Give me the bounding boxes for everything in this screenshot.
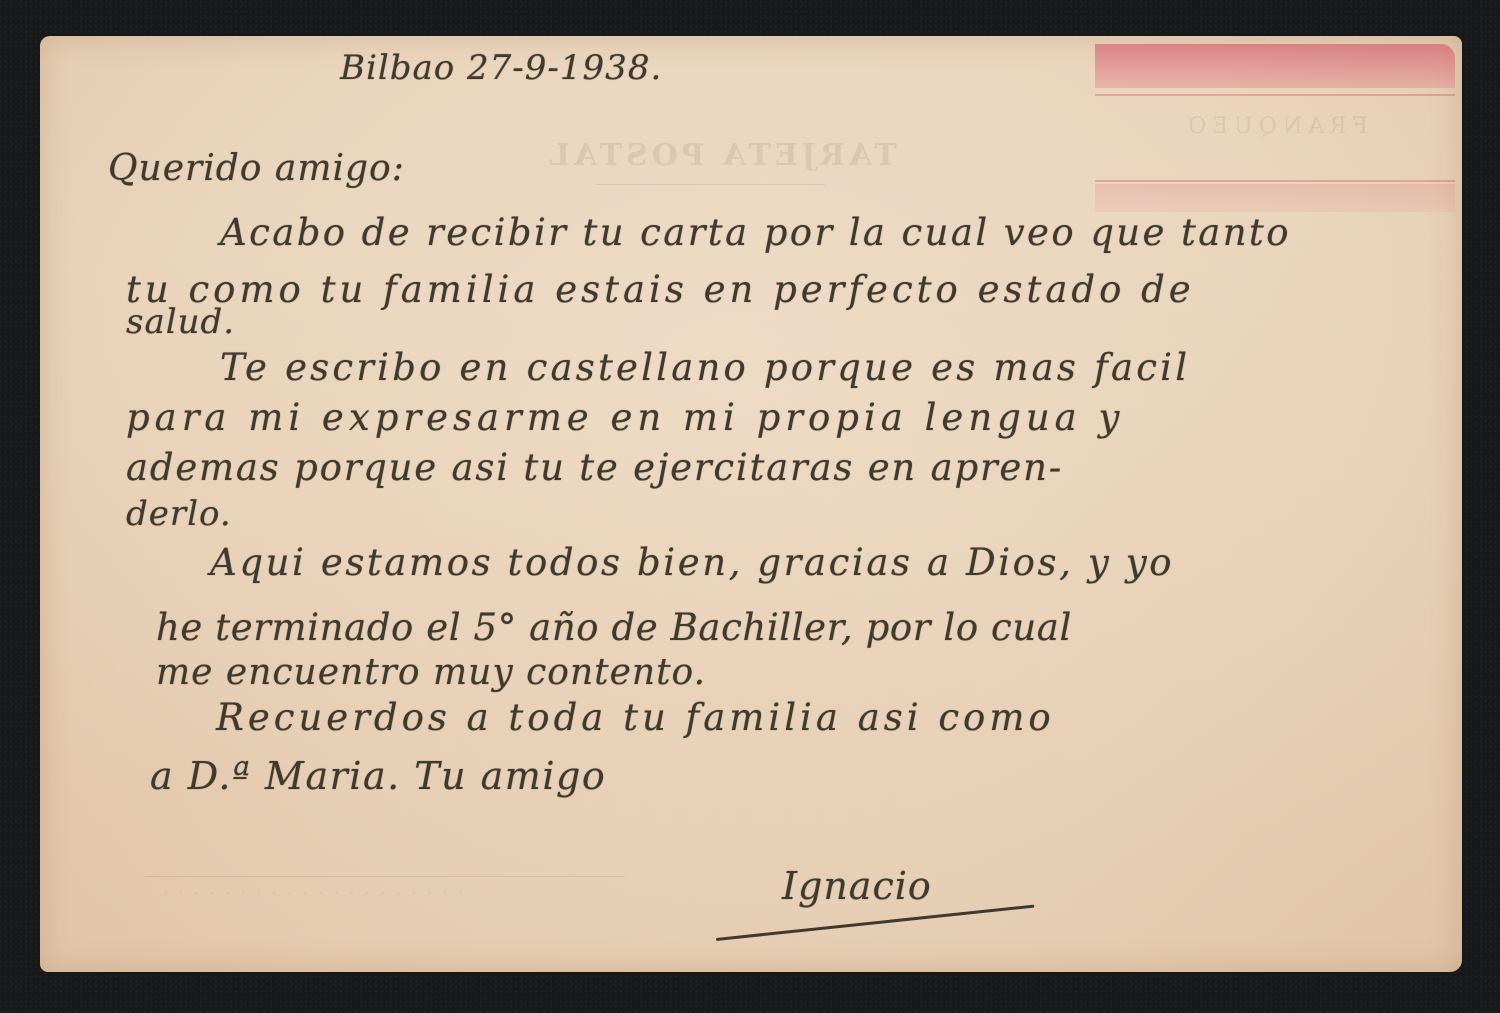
letter-line: he terminado el 5° año de Bachiller, por… (156, 606, 1072, 649)
place-date: Bilbao 27-9-1938. (340, 48, 662, 88)
stamp-rule (1095, 94, 1455, 96)
letter-line: salud. (126, 302, 235, 342)
letter-line: tu como tu familia estais en perfecto es… (126, 268, 1195, 311)
letter-line: derlo. (126, 494, 232, 534)
signature: Ignacio (782, 864, 932, 908)
stamp-area: FRANQUEO (1095, 44, 1455, 212)
stamp-rule (1095, 180, 1455, 182)
letter-line: Aqui estamos todos bien, gracias a Dios,… (210, 541, 1174, 584)
printed-footer-show-through: · · · · · · · · · · · · · · · · · · · · (160, 884, 463, 902)
printed-title-show-through: TARJETA POSTAL (545, 138, 897, 173)
letter-line: Te escribo en castellano porque es mas f… (220, 346, 1190, 389)
printed-rule (595, 184, 825, 185)
signature-underline (716, 905, 1035, 941)
postcard: FRANQUEO TARJETA POSTAL · · · · · · · · … (40, 36, 1462, 972)
letter-line: Acabo de recibir tu carta por la cual ve… (220, 211, 1291, 254)
letter-line: a D.ª Maria. Tu amigo (150, 754, 606, 798)
stamp-red-band-bottom (1095, 184, 1455, 212)
letter-line: me encuentro muy contento. (156, 652, 706, 693)
letter-line: Recuerdos a toda tu familia asi como (216, 696, 1055, 739)
stamp-ghost-text: FRANQUEO (1125, 114, 1425, 139)
salutation: Querido amigo: (108, 148, 405, 189)
letter-line: ademas porque asi tu te ejercitaras en a… (126, 446, 1063, 489)
letter-line: para mi expresarme en mi propia lengua y (126, 396, 1124, 439)
stamp-red-band (1095, 44, 1455, 88)
printed-rule (145, 876, 625, 877)
